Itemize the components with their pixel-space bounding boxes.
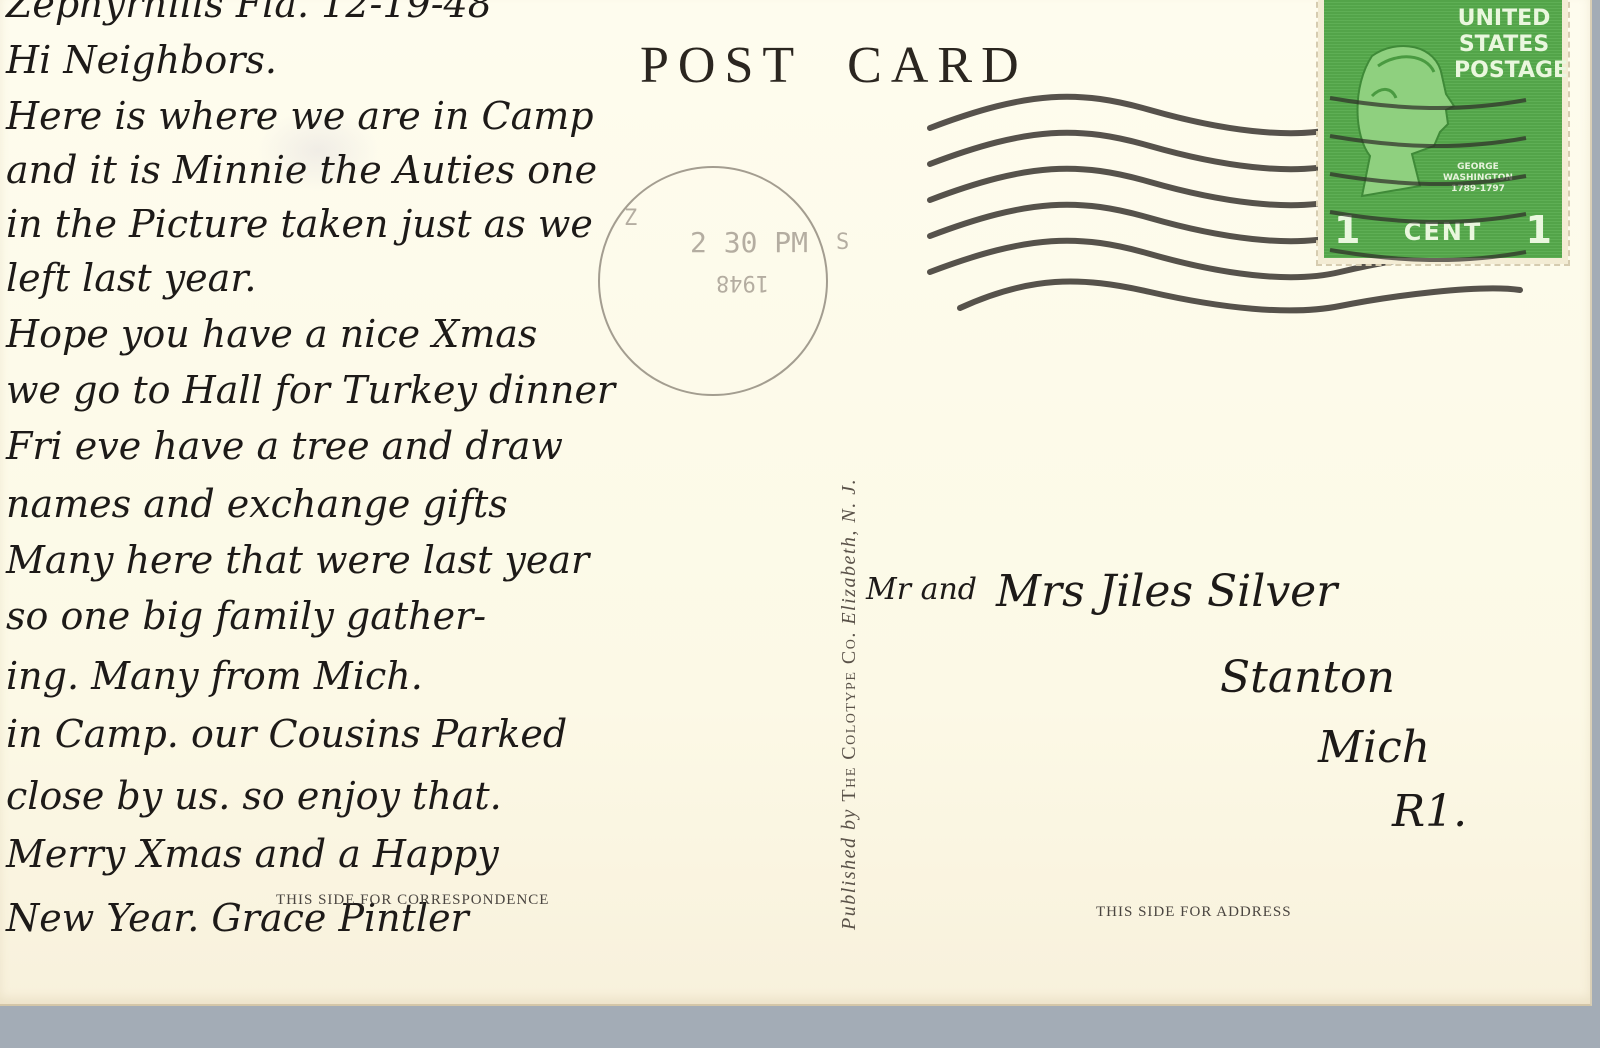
message-line: Many here that were last year (6, 538, 589, 582)
scan-background (0, 1006, 1600, 1048)
message-line: Fri eve have a tree and draw (6, 424, 563, 468)
message-line: ing. Many from Mich. (6, 654, 423, 698)
message-line: Here is where we are in Camp (6, 94, 594, 138)
message-line: names and exchange gifts (6, 482, 508, 526)
postmark-letter: S (836, 230, 849, 255)
title-post: POST (640, 37, 803, 94)
message-line: Zephyrhills Fla. 12-19-48 (6, 0, 492, 26)
postmark-year: 1948 (716, 270, 769, 295)
publisher-imprint: Published by The Colotype Co. Elizabeth,… (838, 478, 861, 930)
address-route: R1. (1392, 786, 1467, 837)
message-line: Hi Neighbors. (6, 38, 277, 82)
postcard-title: POSTCARD (640, 36, 1028, 95)
message-line: in Camp. our Cousins Parked (6, 712, 567, 756)
message-line: and it is Minnie the Auties one (6, 148, 597, 192)
message-line: left last year. (6, 256, 256, 300)
message-line: close by us. so enjoy that. (6, 774, 502, 818)
message-line: in the Picture taken just as we (6, 202, 593, 246)
postmark-time: 2 30 PM (690, 226, 808, 259)
postmark-circle (598, 166, 828, 396)
address-recipient: Mrs Jiles Silver (996, 566, 1337, 617)
message-line: Hope you have a nice Xmas (6, 312, 537, 356)
message-line: Merry Xmas and a Happy (6, 832, 499, 876)
address-label: THIS SIDE FOR ADDRESS (1096, 904, 1292, 921)
stamp-country-text: UNITED STATES POSTAGE (1454, 6, 1554, 84)
postcard-back: POSTCARD Z 2 30 PM 1948 S UNITED STATES … (0, 0, 1592, 1006)
stamp-portrait-caption: GEORGE WASHINGTON 1789-1797 (1428, 162, 1528, 195)
address-city: Stanton (1220, 652, 1395, 703)
stamp-denomination: 1 CENT 1 (1334, 210, 1552, 250)
address-state: Mich (1318, 722, 1430, 773)
postmark-letter: Z (624, 206, 637, 231)
address-prefix: Mr and (866, 572, 977, 607)
postage-stamp: UNITED STATES POSTAGE GEORGE WASHINGTON … (1324, 0, 1562, 258)
title-card: CARD (847, 37, 1027, 94)
message-line: so one big family gather- (6, 594, 486, 638)
correspondence-label: THIS SIDE FOR CORRESPONDENCE (276, 892, 549, 909)
message-line: we go to Hall for Turkey dinner (6, 368, 615, 412)
